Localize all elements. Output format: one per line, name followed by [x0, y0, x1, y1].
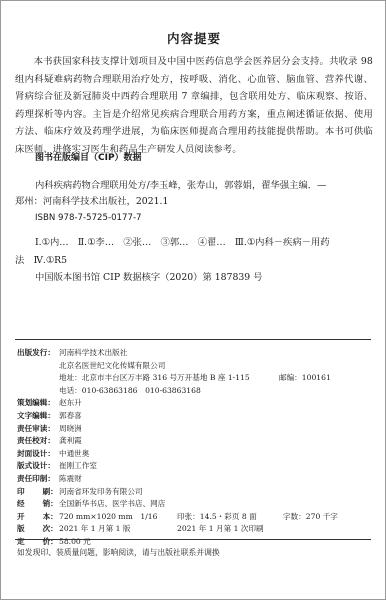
phone-value: 电话：010-63863186 010-63863168	[59, 385, 201, 398]
cover-design-label: 封面设计：	[17, 448, 59, 461]
copyright-page: 内容提要 本书获国家科技支撑计划项目及中国中医药信息学会医养居分会支持。共收录 …	[0, 0, 386, 600]
word-count-value: 字数：270 千字	[283, 511, 338, 524]
text-editor-value: 郭春喜	[59, 410, 82, 423]
cip-data-number: 中国版本图书馆 CIP 数据核字（2020）第 187839 号	[35, 269, 262, 283]
distributor-value: 北京名医世纪文化传媒有限公司	[59, 360, 165, 373]
imprint-format-row: 开本：720 mm×1020 mm 1/16 印张：14.5・彩页 8 面 字数…	[17, 511, 373, 524]
text-editor-label: 文字编辑：	[17, 410, 59, 423]
seller-label: 经销：	[17, 498, 59, 511]
imprint-printer-row: 印刷：河南省环发印务有限公司	[17, 486, 373, 499]
imprint-distributor-row: 北京名医世纪文化传媒有限公司	[17, 360, 373, 373]
postcode-value: 邮编：100161	[279, 372, 331, 385]
imprint-cover-design-row: 封面设计：中通世奥	[17, 448, 373, 461]
quality-notice: 如发现印、装质量问题，影响阅读，请与出版社联系并调换	[17, 547, 220, 558]
cip-classification: Ⅰ.①内… Ⅱ.①李… ②张… ③郭… ④翟… Ⅲ.①内科－疾病－用药 法 Ⅳ.…	[15, 234, 373, 270]
cip-title-line: 内科疾病药物合理联用处方/李玉峰，张寿山，郭蓉娟，翟华强主编．—	[15, 178, 373, 194]
sheets-value: 印张：14.5・彩页 8 面	[177, 511, 257, 524]
imprint-planning-editor-row: 策划编辑：赵东升	[17, 397, 373, 410]
imprint-block: 出版发行：河南科学技术出版社 北京名医世纪文化传媒有限公司 地址：北京市丰台区万…	[17, 347, 373, 549]
classification-line-1: Ⅰ.①内… Ⅱ.①李… ②张… ③郭… ④翟… Ⅲ.①内科－疾病－用药	[15, 234, 373, 252]
cip-isbn: ISBN 978-7-5725-0177-7	[15, 210, 373, 226]
imprint-reviewer-row: 责任审读：周晓洲	[17, 423, 373, 436]
printer-value: 河南省环发印务有限公司	[59, 486, 143, 499]
print-manager-value: 陈震财	[59, 473, 82, 486]
cover-design-value: 中通世奥	[59, 448, 89, 461]
summary-paragraph: 本书获国家科技支撑计划项目及中国中医药信息学会医养居分会支持。共收录 98 组内…	[15, 53, 373, 159]
layout-design-value: 崔刚工作室	[59, 460, 97, 473]
imprint-print-manager-row: 责任印制：陈震财	[17, 473, 373, 486]
classification-line-2: 法 Ⅳ.①R5	[15, 252, 373, 270]
reviewer-label: 责任审读：	[17, 423, 59, 436]
seller-value: 全国新华书店、医学书店、网店	[59, 498, 165, 511]
imprint-edition-row: 版次：2021 年 1 月第 1 版 2021 年 1 月第 1 次印刷	[17, 523, 373, 536]
content-summary: 本书获国家科技支撑计划项目及中国中医药信息学会医养居分会支持。共收录 98 组内…	[15, 53, 373, 159]
imprint-layout-design-row: 版式设计：崔刚工作室	[17, 460, 373, 473]
imprint-seller-row: 经销：全国新华书店、医学书店、网店	[17, 498, 373, 511]
address-value: 地址：北京市丰台区万丰路 316 号万开基地 B 座 1-115	[59, 372, 250, 385]
divider-top	[15, 339, 371, 340]
imprint-text-editor-row: 文字编辑：郭春喜	[17, 410, 373, 423]
printing-value: 2021 年 1 月第 1 次印刷	[177, 523, 264, 536]
cip-heading: 图书在版编目（CIP）数据	[35, 150, 142, 163]
proofreader-label: 责任校对：	[17, 435, 59, 448]
layout-design-label: 版式设计：	[17, 460, 59, 473]
printer-label: 印刷：	[17, 486, 59, 499]
imprint-phone-row: 电话：010-63863186 010-63863168	[17, 385, 373, 398]
print-manager-label: 责任印制：	[17, 473, 59, 486]
proofreader-value: 龚利霞	[59, 435, 82, 448]
publisher-value: 河南科学技术出版社	[59, 347, 127, 360]
edition-value: 2021 年 1 月第 1 版	[59, 523, 130, 536]
page-title: 内容提要	[1, 29, 386, 47]
format-label: 开本：	[17, 511, 59, 524]
divider-bottom	[15, 539, 371, 540]
edition-label: 版次：	[17, 523, 59, 536]
format-value: 720 mm×1020 mm 1/16	[59, 511, 157, 524]
cip-record: 内科疾病药物合理联用处方/李玉峰，张寿山，郭蓉娟，翟华强主编．— 郑州：河南科学…	[15, 178, 373, 226]
imprint-publisher-row: 出版发行：河南科学技术出版社	[17, 347, 373, 360]
reviewer-value: 周晓洲	[59, 423, 82, 436]
cip-publisher-line: 郑州：河南科学技术出版社，2021.1	[15, 194, 373, 210]
planning-editor-value: 赵东升	[59, 397, 82, 410]
imprint-address-row: 地址：北京市丰台区万丰路 316 号万开基地 B 座 1-115 邮编：1001…	[17, 372, 373, 385]
imprint-proofreader-row: 责任校对：龚利霞	[17, 435, 373, 448]
publisher-label: 出版发行：	[17, 347, 59, 360]
planning-editor-label: 策划编辑：	[17, 397, 59, 410]
